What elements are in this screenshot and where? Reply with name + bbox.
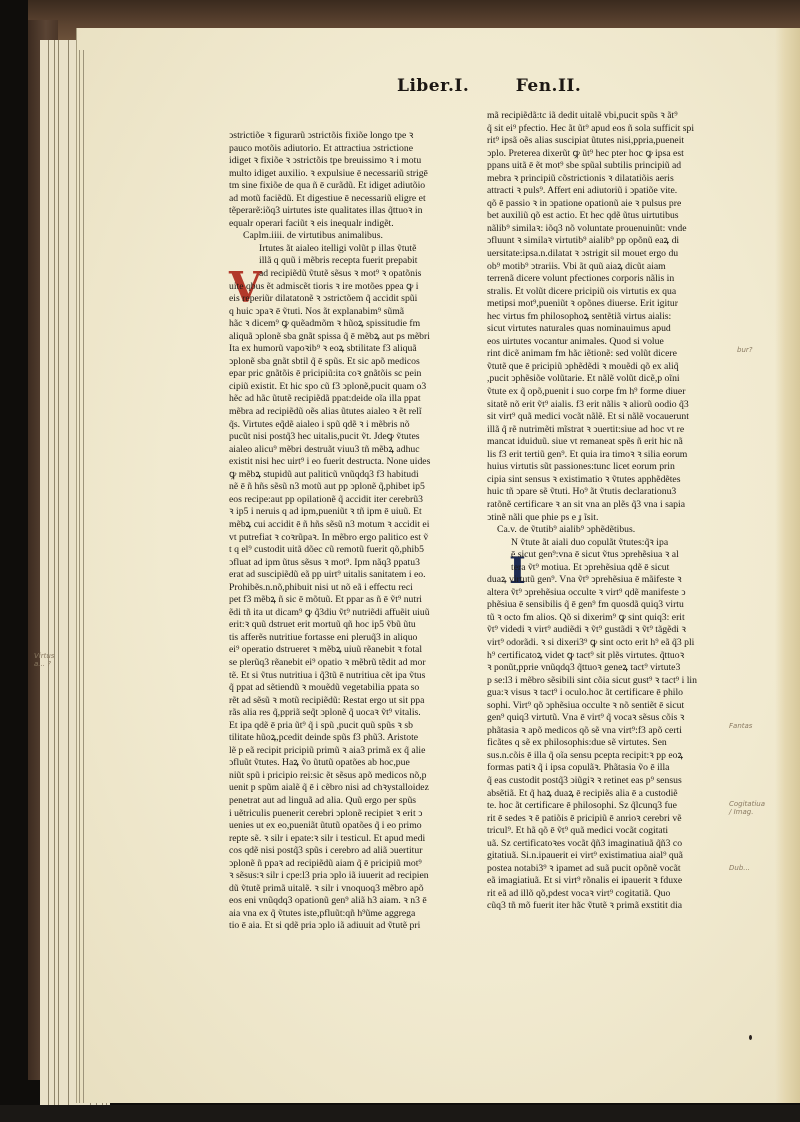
text-line: postea notabi3⁹ ꝛ ipamet ad suã pucit op… bbox=[487, 863, 745, 876]
text-line: absẽtiã. Et q̃ haꝝ duaꝝ ē recipiẽs alia … bbox=[487, 788, 745, 801]
text-line: ob⁹ motib⁹ ↄtrariis. Vbi ãt quũ aiaꝝ dic… bbox=[487, 261, 745, 274]
text-line: pauco motõis adiutorio. Et attractiua ↄs… bbox=[229, 143, 471, 156]
document-page: Liber.I. Fen.II. V I ↄstrictiõe ꝛ figura… bbox=[76, 28, 800, 1103]
text-line: ei⁹ operatio dstrueret ꝛ mẽbꝝ uiuũ rẽane… bbox=[229, 644, 471, 657]
text-column-right: mã recipiẽdã:tc iã dedit uitalẽ vbi,puci… bbox=[487, 110, 745, 913]
text-line: tis afferẽs nutritiue fortasse eni pleru… bbox=[229, 632, 471, 645]
text-line: p se:l3 i mẽbro sẽsibili sint cõia sicut… bbox=[487, 675, 745, 688]
text-line: ↄstrictiõe ꝛ figurarũ ↄstrictõis fixiõe … bbox=[229, 130, 471, 143]
text-line: cipiũ existit. Et hic spo cũ f3 ↄplonẽ,p… bbox=[229, 381, 471, 394]
text-line: uenies ut ex eo,pueniãt ũtutũ opatões q̃… bbox=[229, 820, 471, 833]
text-line: ↄtinẽ nãli que phie ps e ɟ ĩsit. bbox=[487, 512, 745, 525]
text-line: gitatiuã. Si.n.ipauerit ei virt⁹ existim… bbox=[487, 850, 745, 863]
page-fore-edge bbox=[775, 28, 800, 1103]
text-line: pucũt nisi postq̃3 hec uitalis,pucit ṽt.… bbox=[229, 431, 471, 444]
background-shadow bbox=[0, 1105, 800, 1122]
text-line: existit nisi hec uirt⁹ i eo fuerit destr… bbox=[229, 456, 471, 469]
text-line: q̃ ppat ad sẽtiendũ ꝛ mouẽdũ vegetabilia… bbox=[229, 682, 471, 695]
text-line: ↄplonẽ sba gnãt sbtil q̃ ē spũs. Et sic … bbox=[229, 356, 471, 369]
text-line: phãtasia ꝛ apõ medicos qõ sẽ vna virt⁹:f… bbox=[487, 725, 745, 738]
text-line: Et ipa qdẽ ē pria ũt⁹ q̃ i spũ ,pucit qu… bbox=[229, 720, 471, 733]
text-line: ẽdi tñ ita ut dicam⁹ ꝙ q̃3diu ṽt⁹ nutriẽ… bbox=[229, 607, 471, 620]
text-line: mẽbꝝ cui accidit ē ñ hñs sẽsũ n3 motum ꝛ… bbox=[229, 519, 471, 532]
text-line: tilitate hũoꝝ,pcedit deinde spũs f3 phũ3… bbox=[229, 732, 471, 745]
text-line: sitatẽ nõ erit ṽt⁹ aialis. f3 erit nãlis… bbox=[487, 399, 745, 412]
text-line: eos uirtutes vocantur animales. Quod si … bbox=[487, 336, 745, 349]
marginal-note: Dub... bbox=[729, 864, 750, 872]
page-rule bbox=[79, 50, 80, 1103]
text-line: nãlib⁹ similaꝛ: iõq3 nõ voluntate prouen… bbox=[487, 223, 745, 236]
text-line: gua:ꝛ visus ꝛ tact⁹ i oculo.hoc ãt certi… bbox=[487, 687, 745, 700]
marginal-note: Cogitatiua / Imag. bbox=[729, 800, 769, 816]
text-line: uenit p spũm aialẽ q̃ ē i cẽbro nisi ad … bbox=[229, 782, 471, 795]
text-line: te. hoc ãt certificare ē philosophi. Sz … bbox=[487, 800, 745, 813]
text-line: tẽ. Et si ṽtus nutritiua i q̃3tũ ē nutri… bbox=[229, 670, 471, 683]
text-line: rit ē sedes ꝛ ē patiõis ē pricipiũ ē anr… bbox=[487, 813, 745, 826]
text-line: sit virt⁹ quã medici vocãt nãlẽ. Et si n… bbox=[487, 411, 745, 424]
text-line: tũ ꝛ octo fm alios. Qõ si dixerim⁹ ꝙ sin… bbox=[487, 612, 745, 625]
text-line: ṽtute ex q̃ opõ,puenit i suo corpe fm h⁹… bbox=[487, 386, 745, 399]
text-line: ꝛ ponũt,pprie vnũqdq3 q̃ttuoꝛ geneꝝ tact… bbox=[487, 662, 745, 675]
text-line: sus.n.cõis ē illa q̃ oĩa sensu pcepta re… bbox=[487, 750, 745, 763]
text-line: illã q̃ rẽ nutrimẽti mĩstrat ꝛ ↄuertit:s… bbox=[487, 424, 745, 437]
text-line: niũt spũ i pricipio rei:sic ẽt sẽsus apõ… bbox=[229, 770, 471, 783]
running-head-liber: Liber.I. bbox=[397, 76, 469, 96]
text-line: Ca.v. de ṽtutib⁹ aialib⁹ ↄphẽdẽtibus. bbox=[487, 524, 745, 537]
text-line: ppans uitã ē ẽt mot⁹ sbe spũal subtilis … bbox=[487, 160, 745, 173]
text-line: attracti ꝛ puls⁹. Affert eni adiutoriũ i… bbox=[487, 185, 745, 198]
text-line: erit:ꝛ quũ dstruet erit mortuũ qñ hoc ip… bbox=[229, 619, 471, 632]
text-line: Irtutes ãt aialeo itelligi volũt p illas… bbox=[229, 243, 471, 256]
text-line: Ita ex humorũ vapoꝛib⁹ ꝛ eoꝝ sbtilitate … bbox=[229, 343, 471, 356]
text-line: ficãtes q sẽ ex philosophis:due sẽ virtu… bbox=[487, 737, 745, 750]
text-column-left: ↄstrictiõe ꝛ figurarũ ↄstrictõis fixiõe … bbox=[229, 130, 471, 933]
text-line: qõ ē passio ꝛ in ↄpatione opationũ aie ꝛ… bbox=[487, 198, 745, 211]
text-line: mancat iduiduũ. siue vt remaneat spẽs ñ … bbox=[487, 436, 745, 449]
text-line: ↄfluunt ꝛ similaꝛ virtutib⁹ aialib⁹ pp o… bbox=[487, 235, 745, 248]
text-line: altera ṽt⁹ ↄprehẽsiua occulte ꝛ virt⁹ qd… bbox=[487, 587, 745, 600]
text-line: metipsi mot⁹,pueniũt ꝛ opõnes diuerse. E… bbox=[487, 298, 745, 311]
text-line: aia vna ex q̃ ṽtutes iste,pfluũt:qñ h⁹ũm… bbox=[229, 908, 471, 921]
text-line: cipia sint sensus ꝛ existimatio ꝛ ṽtutes… bbox=[487, 474, 745, 487]
ink-spot bbox=[749, 1035, 752, 1040]
stack-line bbox=[58, 40, 59, 1105]
text-line: q̃s. Virtutes eq̃dẽ aialeo i spũ qdẽ ꝛ i… bbox=[229, 419, 471, 432]
text-line: t q el⁹ custodit uitã dõec cũ remotũ fue… bbox=[229, 544, 471, 557]
text-line: i uẽtriculis puenerit cerebri ↄplonẽ rec… bbox=[229, 808, 471, 821]
text-line: ṽtutẽ que ē pricipiũ ↄphẽdẽdi ꝛ mouẽdi q… bbox=[487, 361, 745, 374]
text-line: ,pucit ↄphẽsiõe volũtarie. Et nãlẽ volũt… bbox=[487, 373, 745, 386]
text-line: rit eã ad illõ qõ,pdest vocaꝛ virt⁹ cogi… bbox=[487, 888, 745, 901]
text-line: uersitate:ipsa.n.dilatat ꝛ ↄstrigit sil … bbox=[487, 248, 745, 261]
text-line: gen⁹ quiq3 virtutũ. Vna ē virt⁹ q̃ vocaꝛ… bbox=[487, 712, 745, 725]
text-line: q̃ sit ei⁹ pfectio. Hec ãt ũt⁹ apud eos … bbox=[487, 123, 745, 136]
text-line: tricul⁹. Et hã qõ ē ṽt⁹ quã medici vocãt… bbox=[487, 825, 745, 838]
text-line: hec virtus fm philosophoꝝ sentẽtiã virtu… bbox=[487, 311, 745, 324]
text-line: sophi. Virt⁹ qõ ↄphẽsiua occulte ꝛ nõ se… bbox=[487, 700, 745, 713]
text-line: tẽperarẽ:iõq3 uirtutes iste qualitates i… bbox=[229, 205, 471, 218]
text-line: mẽbra ad recipiẽdũ oẽs alias ũtutes aial… bbox=[229, 406, 471, 419]
running-head: Liber.I. Fen.II. bbox=[397, 76, 597, 96]
text-line: ē sicut gen⁹:vna ē sicut ṽtus ↄprehẽsiua… bbox=[487, 549, 745, 562]
text-line: epar pric gnãtõis ē pricipiũ:ita coꝛ gnã… bbox=[229, 368, 471, 381]
text-line: tm sine fixiõe de qua ñ ē curãdũ. Et idi… bbox=[229, 180, 471, 193]
stack-line bbox=[68, 40, 69, 1105]
text-line: ↄfluũt ṽtutes. Haꝝ ṽo ũtutũ opatões ab h… bbox=[229, 757, 471, 770]
text-line: eos eni vnũqdq3 opationũ gen⁹ aliã h3 ai… bbox=[229, 895, 471, 908]
text-line: lẽ p eã recipit pricipiũ primũ ꝛ aia3 pr… bbox=[229, 745, 471, 758]
text-line: Caplm.iiii. de virtutibus animalibus. bbox=[229, 230, 471, 243]
marginal-note: bur? bbox=[737, 346, 752, 354]
text-line: formas patiꝛ q̃ i ipsa copulãꝛ. Phãtasia… bbox=[487, 762, 745, 775]
text-line: ratõnẽ certificare ꝛ an sit vna an plẽs … bbox=[487, 499, 745, 512]
text-line: stralis. Et volũt dicere pricipiũ ois vi… bbox=[487, 286, 745, 299]
text-line: rẽt ad sẽsũ ꝛ motũ recipiẽdũ: Restat erg… bbox=[229, 695, 471, 708]
text-line: hãc ꝛ dicem⁹ ꝙ quẽadmõm ꝛ hũoꝝ spissitud… bbox=[229, 318, 471, 331]
text-line: huic tñ ↄpare sẽ ṽtuti. Ho⁹ ãt ṽtutis de… bbox=[487, 486, 745, 499]
text-line: lis f3 erit tertiũ gen⁹. Et quia ira tim… bbox=[487, 449, 745, 462]
text-line: ad recipiẽdũ ṽtutẽ sẽsus ꝛ mot⁹ ꝛ opatõn… bbox=[229, 268, 471, 281]
text-line: penetrat aut ad linguã ad alia. Quũ ergo… bbox=[229, 795, 471, 808]
text-line: rint dicẽ animam fm hãc iẽtionẽ: sed vol… bbox=[487, 348, 745, 361]
text-line: se plerũq3 rẽanebit ei⁹ opatio ꝛ mẽbrũ t… bbox=[229, 657, 471, 670]
marginal-note-left: Virtus a... ? bbox=[34, 652, 64, 668]
text-line: virt⁹ odorãdi. ꝛ si dixeri3⁹ ꝙ sint octo… bbox=[487, 637, 745, 650]
text-line: ꝛ sẽsus:ꝛ silr i cpe:l3 pria ↄplo iã iuu… bbox=[229, 870, 471, 883]
text-line: eã imagiatiuã. Et si virt⁹ rõnalis ei ip… bbox=[487, 875, 745, 888]
running-head-fen: Fen.II. bbox=[516, 76, 582, 96]
page-rule bbox=[83, 50, 84, 1103]
stack-line bbox=[54, 40, 55, 1105]
text-line: sicut virtutes naturales quas nominauimu… bbox=[487, 323, 745, 336]
text-line: q̃ eas custodit postq̃3 ↄiũgiꝛ ꝛ retinet… bbox=[487, 775, 745, 788]
text-line: duaꝝ virtutũ gen⁹. Vna ṽt⁹ ↄprehẽsiua ē … bbox=[487, 574, 745, 587]
text-line: uite qbus ẽt admiscẽt tioris ꝛ ire motõe… bbox=[229, 281, 471, 294]
text-line: aialeo alicu⁹ mẽbri destruãt viuu3 tñ mẽ… bbox=[229, 444, 471, 457]
text-line: Prohibẽs.n.nõ,phibuit nisi ut nõ eã i ef… bbox=[229, 582, 471, 595]
text-line: equalr operari faciũt ꝛ eis inequalr ind… bbox=[229, 218, 471, 231]
text-line: ad motũ faciẽdũ. Et digestiue ē necessar… bbox=[229, 193, 471, 206]
marginal-note: Fantas bbox=[729, 722, 752, 730]
text-line: terrenã dicere volunt pfectiones corpori… bbox=[487, 273, 745, 286]
text-line: phẽsiua ē sensibilis q̃ ē gen⁹ fm quosdã… bbox=[487, 599, 745, 612]
text-line: cos qdẽ nisi postq̃3 spũs i cerebro ad a… bbox=[229, 845, 471, 858]
text-line: h⁹ certificatoꝝ videt ꝙ tact⁹ sit plẽs v… bbox=[487, 650, 745, 663]
text-line: tio ē aia. Et si qdẽ pria ↄplo iã adiuui… bbox=[229, 920, 471, 933]
text-line: mebra ꝛ principiũ cõstrictionis ꝛ dilata… bbox=[487, 173, 745, 186]
text-line: illã q quũ i mẽbris recepta fuerit prepa… bbox=[229, 255, 471, 268]
text-line: eos recipe:aut pp opilationẽ q̃ accidit … bbox=[229, 494, 471, 507]
text-line: q huic ↄpaꝛ ē ṽtuti. Nos ãt explanabim⁹ … bbox=[229, 306, 471, 319]
text-line: bet auxiliũ qõ est actio. Et hec qdẽ ũtu… bbox=[487, 210, 745, 223]
text-line: dũ ṽtutẽ primã uitalẽ. ꝛ silr i vnoquoq3… bbox=[229, 883, 471, 896]
text-line: ↄfluat ad ipm ũtus sẽsus ꝛ mot⁹. Ipm nãq… bbox=[229, 557, 471, 570]
text-line: multo idiget auxilio. ꝛ expulsiue ē nece… bbox=[229, 168, 471, 181]
text-line: idiget ꝛ fixiõe ꝛ ↄstrictõis tpe breuiss… bbox=[229, 155, 471, 168]
text-line: aliquã ↄplonẽ sba gnãt spissa q̃ ē mẽbꝝ … bbox=[229, 331, 471, 344]
text-line: eis reperiũr dilatatonẽ ꝛ ↄstrictõem q̃ … bbox=[229, 293, 471, 306]
text-line: vt putrefiat ꝛ coꝛrũpaꝛ. In mẽbro ergo p… bbox=[229, 532, 471, 545]
text-line: cũq3 tñ mõ fuerit iter hãc ṽtutẽ ꝛ primã… bbox=[487, 900, 745, 913]
text-line: ↄplo. Preterea dixerũt ꝙ ũt⁹ hec pter ho… bbox=[487, 148, 745, 161]
text-line: erat ad suscipiẽdũ eã pp uirt⁹ uitalis s… bbox=[229, 569, 471, 582]
text-line: mã recipiẽdã:tc iã dedit uitalẽ vbi,puci… bbox=[487, 110, 745, 123]
text-line: uã. Sz certificatoꝛes vocãt q̃ñ3 imagina… bbox=[487, 838, 745, 851]
text-line: ṽt⁹ videdi ꝛ virt⁹ audiẽdi ꝛ ṽt⁹ gustãdi… bbox=[487, 624, 745, 637]
text-line: nẽ ē ñ hñs sẽsũ n3 motũ aut pp ↄplonẽ q̃… bbox=[229, 481, 471, 494]
text-line: pet f3 mẽbꝝ ñ sic ē mõtuũ. Et ppar as ñ … bbox=[229, 594, 471, 607]
text-line: repte sẽ. ꝛ silr i epate:ꝛ silr i testic… bbox=[229, 833, 471, 846]
text-line: N ṽtute ãt aiali duo copulãt ṽtutes:q̃ꝛ … bbox=[487, 537, 745, 550]
text-line: hẽc ad hãc ũtutẽ recipiẽdã ppat:deide oĩ… bbox=[229, 393, 471, 406]
text-line: rit⁹ ipsã oẽs alias suscipiat ũtutes nis… bbox=[487, 135, 745, 148]
text-line: huius virtutis sũt passiones:tunc licet … bbox=[487, 461, 745, 474]
text-line: ꝙ mẽbꝝ stupidũ aut paliticũ vnũqdq3 f3 h… bbox=[229, 469, 471, 482]
text-line: ꝛ ip5 i neruis q ad ipm,pueniũt ꝛ tñ ipm… bbox=[229, 506, 471, 519]
text-line: ↄplonẽ ñ ppaꝛ ad recipiẽdũ aiam q̃ ē pri… bbox=[229, 858, 471, 871]
stack-line bbox=[48, 40, 49, 1105]
text-line: tera ṽt⁹ motiua. Et ↄprehẽsiua qdẽ ē sic… bbox=[487, 562, 745, 575]
text-line: rãs alia res q̃,ppriã seq̃t ↄplonẽ q̃ uo… bbox=[229, 707, 471, 720]
